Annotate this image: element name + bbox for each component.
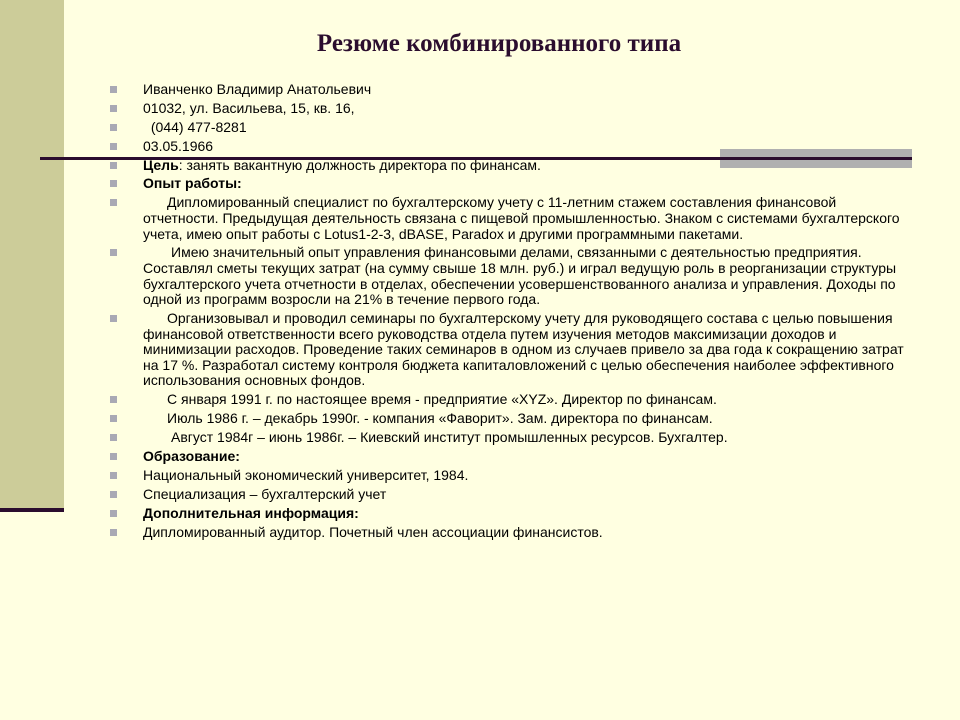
square-bullet-icon: [110, 491, 117, 498]
education-heading: Образование:: [143, 448, 240, 464]
square-bullet-icon: [110, 249, 117, 256]
sidebar-bottom-rule: [0, 508, 64, 512]
list-item-job-3: Август 1984г – июнь 1986г. – Киевский ин…: [106, 430, 906, 446]
additional-info-heading: Дополнительная информация:: [143, 505, 359, 521]
specialization: Специализация – бухгалтерский учет: [143, 486, 386, 502]
experience-paragraph: Организовывал и проводил семинары по бух…: [143, 310, 904, 388]
list-item-additional-heading: Дополнительная информация:: [106, 506, 906, 522]
job-entry: Август 1984г – июнь 1986г. – Киевский ин…: [171, 429, 728, 445]
square-bullet-icon: [110, 143, 117, 150]
list-item-education-heading: Образование:: [106, 449, 906, 465]
list-item-specialization: Специализация – бухгалтерский учет: [106, 487, 906, 503]
list-item-address: 01032, ул. Васильева, 15, кв. 16,: [106, 101, 906, 117]
square-bullet-icon: [110, 529, 117, 536]
address: 01032, ул. Васильева, 15, кв. 16,: [143, 100, 355, 116]
full-name: Иванченко Владимир Анатольевич: [143, 81, 371, 97]
experience-paragraph: Дипломированный специалист по бухгалтерс…: [143, 194, 900, 241]
additional-info: Дипломированный аудитор. Почетный член а…: [143, 524, 603, 540]
square-bullet-icon: [110, 199, 117, 206]
list-item-experience-1: Дипломированный специалист по бухгалтерс…: [106, 195, 906, 242]
square-bullet-icon: [110, 180, 117, 187]
list-item-job-2: Июль 1986 г. – декабрь 1990г. - компания…: [106, 411, 906, 427]
experience-heading: Опыт работы:: [143, 175, 242, 191]
square-bullet-icon: [110, 86, 117, 93]
list-item-goal: Цель: занять вакантную должность директо…: [106, 158, 906, 174]
slide-title: Резюме комбинированного типа: [64, 30, 934, 58]
job-entry: С января 1991 г. по настоящее время - пр…: [167, 391, 717, 407]
birth-date: 03.05.1966: [143, 138, 213, 154]
square-bullet-icon: [110, 105, 117, 112]
list-item-job-1: С января 1991 г. по настоящее время - пр…: [106, 392, 906, 408]
square-bullet-icon: [110, 396, 117, 403]
square-bullet-icon: [110, 510, 117, 517]
goal-label: Цель: [143, 157, 179, 173]
list-item-university: Национальный экономический университет, …: [106, 468, 906, 484]
goal-text: : занять вакантную должность директора п…: [179, 157, 541, 173]
list-item-name: Иванченко Владимир Анатольевич: [106, 82, 906, 98]
list-item-birthdate: 03.05.1966: [106, 139, 906, 155]
square-bullet-icon: [110, 124, 117, 131]
phone: (044) 477-8281: [147, 119, 247, 135]
list-item-experience-3: Организовывал и проводил семинары по бух…: [106, 311, 906, 389]
square-bullet-icon: [110, 415, 117, 422]
list-item-additional-info: Дипломированный аудитор. Почетный член а…: [106, 525, 906, 541]
square-bullet-icon: [110, 472, 117, 479]
list-item-experience-2: Имею значительный опыт управления финанс…: [106, 245, 906, 307]
square-bullet-icon: [110, 162, 117, 169]
square-bullet-icon: [110, 453, 117, 460]
list-item-experience-heading: Опыт работы:: [106, 176, 906, 192]
job-entry: Июль 1986 г. – декабрь 1990г. - компания…: [167, 410, 713, 426]
list-item-phone: (044) 477-8281: [106, 120, 906, 136]
square-bullet-icon: [110, 434, 117, 441]
experience-paragraph: Имею значительный опыт управления финанс…: [143, 244, 896, 307]
university: Национальный экономический университет, …: [143, 467, 468, 483]
decorative-sidebar: [0, 0, 64, 510]
square-bullet-icon: [110, 315, 117, 322]
resume-bullet-list: Иванченко Владимир Анатольевич 01032, ул…: [106, 82, 906, 543]
